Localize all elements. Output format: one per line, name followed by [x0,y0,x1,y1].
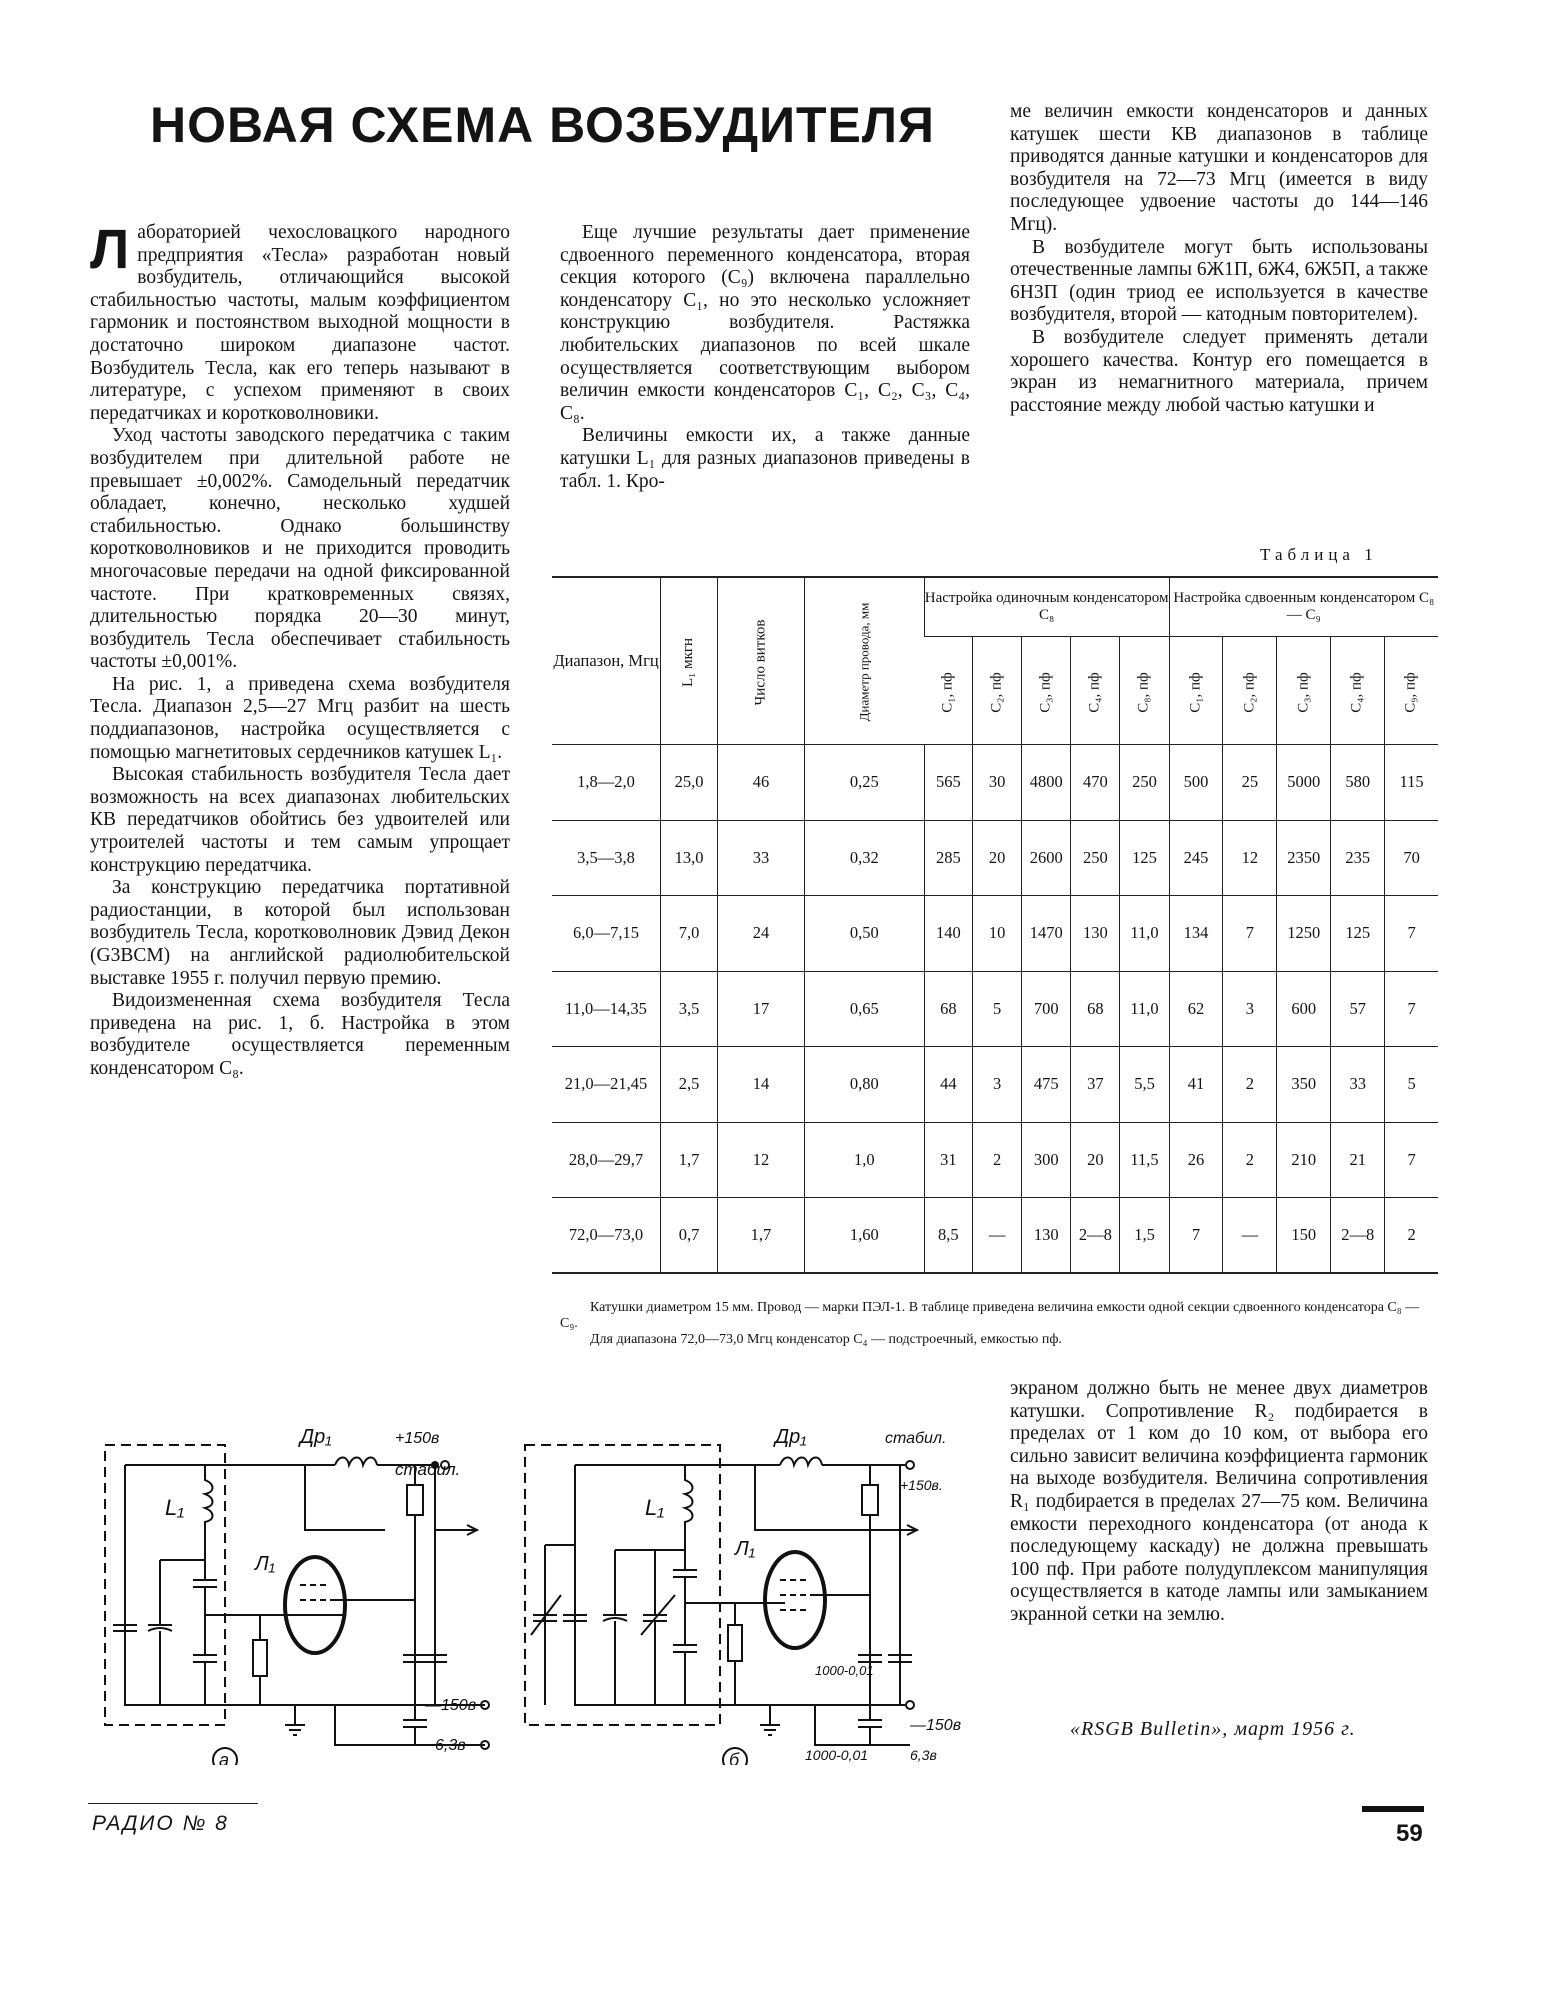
table-row: 6,0—7,157,0240,5014010147013011,01347125… [552,896,1438,972]
table-cell: 1,5 [1120,1198,1169,1274]
data-table: Диапазон, Мгц L₁ мкгн Число витков Диаме… [552,576,1438,1274]
table-cell: 68 [924,971,973,1047]
paragraph: В возбудителе могут быть использованы от… [1010,237,1428,327]
header-inductance: L₁ мкгн [661,577,718,745]
table-row: 3,5—3,813,0330,3228520260025012524512235… [552,820,1438,896]
svg-text:L₁: L₁ [645,1495,664,1520]
table-cell: 20 [973,820,1022,896]
paragraph: На рис. 1, а приведена схема возбудителя… [90,674,510,764]
table-cell: 130 [1071,896,1120,972]
resistor-icon [253,1640,267,1676]
table-cell: 8,5 [924,1198,973,1274]
table-cell: 475 [1022,1047,1071,1123]
schematic-b: Др₁ стабил. +150в. L₁ Л₁ —150в 6,3в 1000… [525,1426,961,1765]
table-cell: 20 [1071,1122,1120,1198]
table-cell: 134 [1169,896,1223,972]
table-cell: 1470 [1022,896,1071,972]
paragraph: В возбудителе следует применять детали х… [1010,327,1428,417]
table-cell: 1,7 [661,1122,718,1198]
table-notes: Катушки диаметром 15 мм. Провод — марки … [560,1300,1430,1348]
table-cell: 0,65 [804,971,924,1047]
table-cell: 350 [1277,1047,1331,1123]
table-cell: 0,7 [661,1198,718,1274]
table-cell: 3,5 [661,971,718,1047]
schematic-a: Др₁ +150в стабил. L₁ Л₁ —150в 6,3в а [105,1426,489,1765]
table-cell: 13,0 [661,820,718,896]
header-turns: Число витков [718,577,805,745]
table-cell: 600 [1277,971,1331,1047]
svg-text:+150в.: +150в. [900,1477,943,1493]
table-cell: 68 [1071,971,1120,1047]
table-cell: 41 [1169,1047,1223,1123]
svg-text:а: а [219,1750,229,1765]
table-cell: 1,60 [804,1198,924,1274]
table-cell: 33 [718,820,805,896]
table-cell: 2—8 [1071,1198,1120,1274]
table-cell: 565 [924,745,973,821]
svg-text:—150в: —150в [909,1717,961,1734]
drop-cap: Л [90,226,129,272]
source-citation: «RSGB Bulletin», март 1956 г. [1070,1718,1356,1741]
table-row: 1,8—2,025,0460,2556530480047025050025500… [552,745,1438,821]
table-row: 11,0—14,353,5170,656857006811,0623600577 [552,971,1438,1047]
table-cell: 11,0—14,35 [552,971,661,1047]
table-cell: 2350 [1277,820,1331,896]
tube-icon [765,1552,825,1648]
svg-text:+150в: +150в [395,1430,439,1447]
table-cell: 0,80 [804,1047,924,1123]
table-cell: 11,5 [1120,1122,1169,1198]
table-cell: 500 [1169,745,1223,821]
page-number: 59 [1396,1820,1423,1848]
svg-text:1000-0,01: 1000-0,01 [805,1747,868,1763]
table-cell: 7 [1385,896,1438,972]
footer-rule [88,1803,258,1804]
table-cell: 250 [1071,820,1120,896]
table-cell: 46 [718,745,805,821]
svg-text:Др₁: Др₁ [298,1426,332,1448]
table-cell: 2—8 [1331,1198,1385,1274]
table-cell: 31 [924,1122,973,1198]
paragraph: Высокая стабильность возбудителя Тесла д… [90,764,510,877]
table-cell: 4800 [1022,745,1071,821]
tube-icon [285,1557,345,1653]
choke-icon [335,1458,377,1466]
svg-text:б: б [729,1750,740,1765]
table-cell: 2,5 [661,1047,718,1123]
table-cell: 1250 [1277,896,1331,972]
svg-text:стабил.: стабил. [395,1460,460,1479]
table-cell: 7,0 [661,896,718,972]
table-cell: 25 [1223,745,1277,821]
table-cell: 245 [1169,820,1223,896]
table-cell: 17 [718,971,805,1047]
table-cell: 57 [1331,971,1385,1047]
journal-issue: РАДИО № 8 [92,1812,229,1836]
table-cell: 0,50 [804,896,924,972]
table-note: Катушки диаметром 15 мм. Провод — марки … [560,1300,1430,1332]
table-row: 72,0—73,00,71,71,608,5—1302—81,57—1502—8… [552,1198,1438,1274]
table-cell: 70 [1385,820,1438,896]
table-cell: 2 [1385,1198,1438,1274]
table-cell: 0,25 [804,745,924,821]
table-cell: 11,0 [1120,896,1169,972]
header-col: C₂, пф [1223,637,1277,745]
variable-cap-icon [641,1550,675,1705]
page-number-bar [1362,1806,1424,1812]
table-cell: 44 [924,1047,973,1123]
header-group-dual: Настройка сдвоенным конденсатором C₈ — C… [1169,577,1438,637]
table-cell: 26 [1169,1122,1223,1198]
paragraph: Уход частоты заводского передатчика с та… [90,425,510,674]
table-cell: 25,0 [661,745,718,821]
table-note: Для диапазона 72,0—73,0 Мгц конденсатор … [560,1332,1430,1348]
paragraph: Видоизмененная схема возбудителя Тесла п… [90,990,510,1080]
text-column-3: ме величин емкости конденсаторов и данны… [1010,101,1428,417]
svg-text:6,3в: 6,3в [910,1747,937,1763]
table-cell: 10 [973,896,1022,972]
table-cell: 2 [973,1122,1022,1198]
header-col: C₉, пф [1385,637,1438,745]
table-cell: 0,32 [804,820,924,896]
table-cell: 2 [1223,1122,1277,1198]
ground-icon [760,1705,780,1735]
table-cell: 21 [1331,1122,1385,1198]
table-cell: 30 [973,745,1022,821]
table-cell: 3 [973,1047,1022,1123]
paragraph: Еще лучшие результаты дает применение сд… [560,222,970,425]
table-cell: 5 [1385,1047,1438,1123]
schematic-figure: Др₁ +150в стабил. L₁ Л₁ —150в 6,3в а Др [95,1405,975,1765]
table-caption: Таблица 1 [1260,545,1378,565]
paragraph: Величины емкости их, а также данные кату… [560,425,970,493]
table-cell: 7 [1169,1198,1223,1274]
resistor-icon [728,1625,742,1661]
text-column-2: Еще лучшие результаты дает применение сд… [560,222,970,493]
table-cell: 12 [1223,820,1277,896]
svg-text:6,3в: 6,3в [435,1737,466,1754]
paragraph: экраном должно быть не менее двух диамет… [1010,1378,1428,1627]
article-title: НОВАЯ СХЕМА ВОЗБУДИТЕЛЯ [150,96,935,154]
table-cell: 7 [1223,896,1277,972]
table-cell: 250 [1120,745,1169,821]
table-cell: 125 [1120,820,1169,896]
svg-text:Л₁: Л₁ [253,1553,275,1575]
table-cell: 37 [1071,1047,1120,1123]
svg-text:Др₁: Др₁ [773,1426,807,1448]
table-cell: 140 [924,896,973,972]
table-cell: 150 [1277,1198,1331,1274]
table-cell: 7 [1385,971,1438,1047]
header-col: C₁, пф [924,637,973,745]
table-cell: 24 [718,896,805,972]
table-cell: 5000 [1277,745,1331,821]
table-cell: 6,0—7,15 [552,896,661,972]
table-cell: 1,8—2,0 [552,745,661,821]
table-body: 1,8—2,025,0460,2556530480047025050025500… [552,745,1438,1274]
table-cell: 5,5 [1120,1047,1169,1123]
header-col: C₄, пф [1331,637,1385,745]
header-col: C₃, пф [1277,637,1331,745]
table-cell: 12 [718,1122,805,1198]
table-cell: 125 [1331,896,1385,972]
header-range: Диапазон, Мгц [552,577,661,745]
table-cell: 72,0—73,0 [552,1198,661,1274]
svg-text:—150в: —150в [424,1697,476,1714]
paragraph: Лабораторией чехословацкого народного пр… [90,222,510,425]
table-cell: 115 [1385,745,1438,821]
text-column-1: Лабораторией чехословацкого народного пр… [90,222,510,1081]
table-cell: 130 [1022,1198,1071,1274]
choke-icon [780,1458,822,1466]
svg-text:стабил.: стабил. [885,1430,946,1447]
header-col: C₃, пф [1022,637,1071,745]
table-cell: 300 [1022,1122,1071,1198]
table-cell: 2 [1223,1047,1277,1123]
table-cell: 14 [718,1047,805,1123]
paragraph: За конструкцию передатчика портативной р… [90,877,510,990]
resistor-icon [862,1485,878,1515]
svg-text:1000-0,01: 1000-0,01 [815,1663,874,1678]
table-cell: 7 [1385,1122,1438,1198]
table-cell: 2600 [1022,820,1071,896]
table-cell: 33 [1331,1047,1385,1123]
table-cell: 3,5—3,8 [552,820,661,896]
ground-icon [285,1705,305,1735]
table-cell: 28,0—29,7 [552,1122,661,1198]
table-cell: 11,0 [1120,971,1169,1047]
table-cell: — [1223,1198,1277,1274]
table-cell: 1,7 [718,1198,805,1274]
table-cell: 285 [924,820,973,896]
header-col: C₁, пф [1169,637,1223,745]
table-cell: 210 [1277,1122,1331,1198]
table-cell: — [973,1198,1022,1274]
output-arrow-icon [855,1525,917,1535]
svg-text:L₁: L₁ [165,1495,184,1520]
shield-box [525,1445,720,1725]
header-col: C₄, пф [1071,637,1120,745]
shield-box [105,1445,225,1725]
table-cell: 470 [1071,745,1120,821]
paragraph: ме величин емкости конденсаторов и данны… [1010,101,1428,237]
table-row: 28,0—29,71,7121,03123002011,5262210217 [552,1122,1438,1198]
header-group-single: Настройка одиночным конденсатором C₈ [924,577,1169,637]
header-wire: Диаметр провода, мм [804,577,924,745]
table-cell: 21,0—21,45 [552,1047,661,1123]
header-col: C₈, пф [1120,637,1169,745]
table-cell: 700 [1022,971,1071,1047]
table-cell: 1,0 [804,1122,924,1198]
text-column-4: экраном должно быть не менее двух диамет… [1010,1378,1428,1627]
svg-text:Л₁: Л₁ [733,1538,755,1560]
table-cell: 62 [1169,971,1223,1047]
table-cell: 580 [1331,745,1385,821]
table-cell: 5 [973,971,1022,1047]
output-arrow-icon [435,1525,477,1535]
resistor-icon [407,1485,423,1515]
table-row: 21,0—21,452,5140,80443475375,5412350335 [552,1047,1438,1123]
header-col: C₂, пф [973,637,1022,745]
table-cell: 235 [1331,820,1385,896]
table-cell: 3 [1223,971,1277,1047]
